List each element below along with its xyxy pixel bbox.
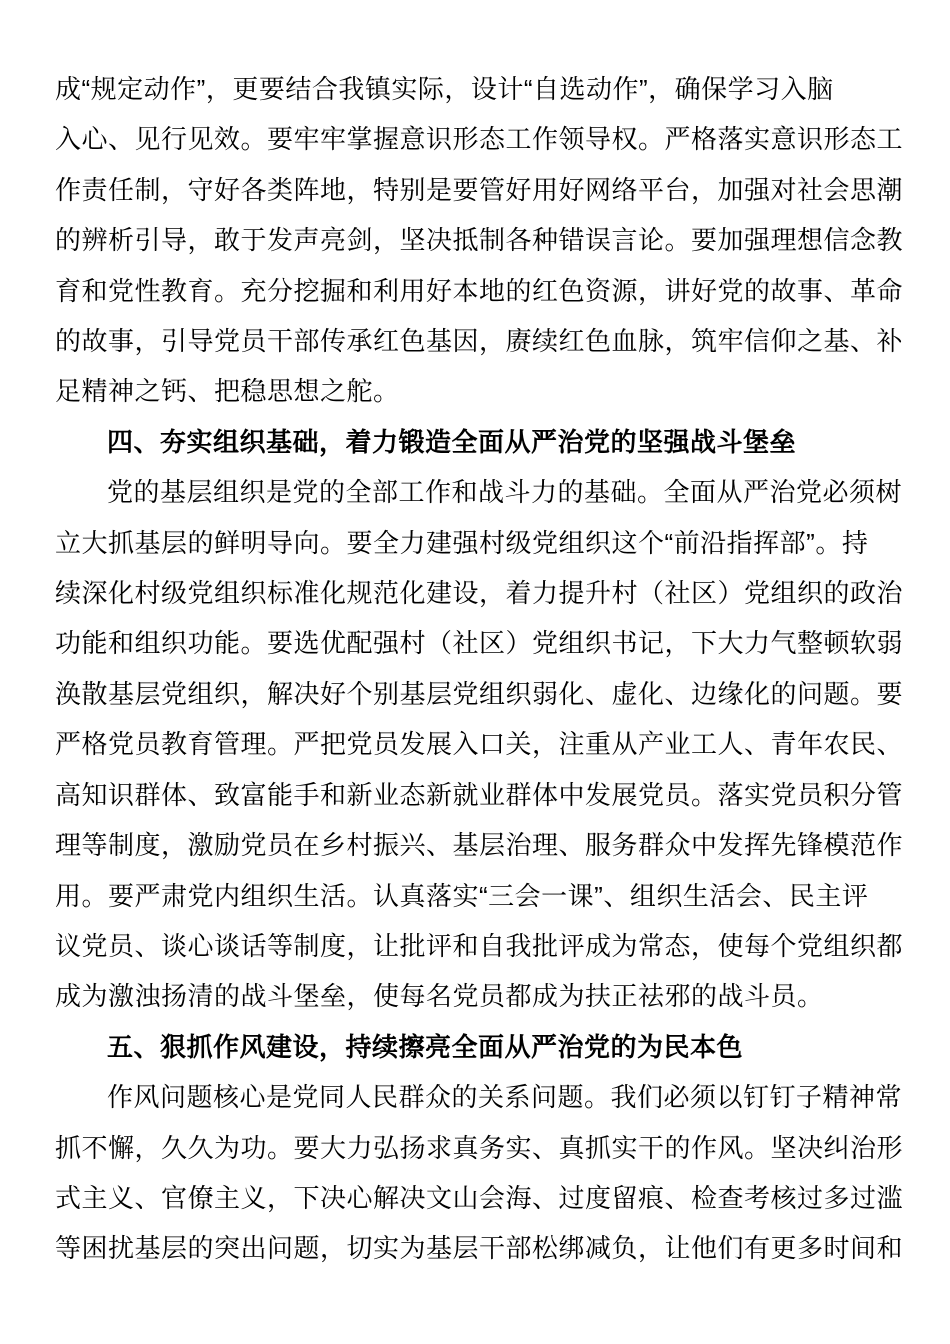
document-body: 成“规定动作”，更要结合我镇实际，设计“自选动作”，确保学习入脑入心、见行见效。…	[0, 0, 950, 1274]
document-line: 的故事，引导党员干部传承红色基因，赓续红色血脉，筑牢信仰之基、补	[55, 316, 895, 366]
document-line: 的辨析引导，敢于发声亮剑，坚决抵制各种错误言论。要加强理想信念教	[55, 215, 895, 265]
document-line: 理等制度，激励党员在乡村振兴、基层治理、服务群众中发挥先锋模范作	[55, 820, 895, 870]
document-line: 入心、见行见效。要牢牢掌握意识形态工作领导权。严格落实意识形态工	[55, 114, 895, 164]
document-line: 作责任制，守好各类阵地，特别是要管好用好网络平台，加强对社会思潮	[55, 165, 895, 215]
document-line: 续深化村级党组织标准化规范化建设，着力提升村（社区）党组织的政治	[55, 568, 895, 618]
document-line: 党的基层组织是党的全部工作和战斗力的基础。全面从严治党必须树	[55, 467, 895, 517]
document-line: 作风问题核心是党同人民群众的关系问题。我们必须以钉钉子精神常	[55, 1072, 895, 1122]
document-line: 议党员、谈心谈话等制度，让批评和自我批评成为常态，使每个党组织都	[55, 921, 895, 971]
document-line: 成为激浊扬清的战斗堡垒，使每名党员都成为扶正祛邪的战斗员。	[55, 971, 895, 1021]
section-heading-2: 五、狠抓作风建设，持续擦亮全面从严治党的为民本色	[55, 1022, 895, 1072]
document-line: 足精神之钙、把稳思想之舵。	[55, 366, 895, 416]
document-page: 成“规定动作”，更要结合我镇实际，设计“自选动作”，确保学习入脑入心、见行见效。…	[0, 0, 950, 1344]
document-line: 立大抓基层的鲜明导向。要全力建强村级党组织这个“前沿指挥部”。持	[55, 518, 895, 568]
document-line: 育和党性教育。充分挖掘和利用好本地的红色资源，讲好党的故事、革命	[55, 266, 895, 316]
document-line: 成“规定动作”，更要结合我镇实际，设计“自选动作”，确保学习入脑	[55, 64, 895, 114]
document-line: 式主义、官僚主义，下决心解决文山会海、过度留痕、检查考核过多过滥	[55, 1173, 895, 1223]
document-line: 功能和组织功能。要选优配强村（社区）党组织书记，下大力气整顿软弱	[55, 618, 895, 668]
section-heading-1: 四、夯实组织基础，着力锻造全面从严治党的坚强战斗堡垒	[55, 417, 895, 467]
document-line: 严格党员教育管理。严把党员发展入口关，注重从产业工人、青年农民、	[55, 719, 895, 769]
document-line: 等困扰基层的突出问题，切实为基层干部松绑减负，让他们有更多时间和	[55, 1223, 895, 1273]
document-line: 高知识群体、致富能手和新业态新就业群体中发展党员。落实党员积分管	[55, 770, 895, 820]
document-line: 用。要严肃党内组织生活。认真落实“三会一课”、组织生活会、民主评	[55, 871, 895, 921]
document-line: 抓不懈，久久为功。要大力弘扬求真务实、真抓实干的作风。坚决纠治形	[55, 1123, 895, 1173]
document-line: 涣散基层党组织，解决好个别基层党组织弱化、虚化、边缘化的问题。要	[55, 669, 895, 719]
